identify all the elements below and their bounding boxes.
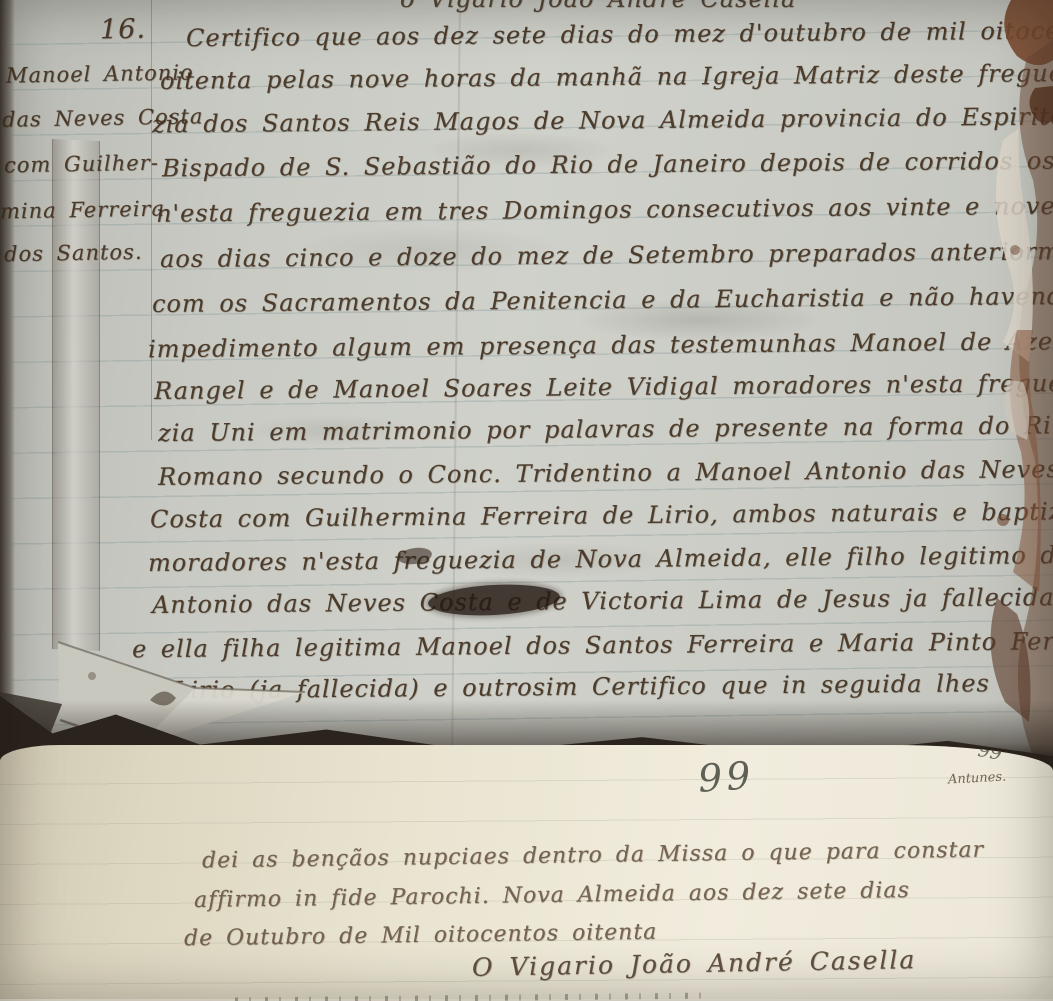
record-line: zia dos Santos Reis Magos de Nova Almeid…	[152, 102, 1053, 139]
fold-word-fragment: um	[122, 702, 151, 722]
record-line: impedimento algum em presença das testem…	[148, 327, 1053, 363]
record-line: oitenta pelas nove horas da manhã na Igr…	[160, 59, 1053, 95]
bottom-record-page: 99 99 Antunes. dei as bençãos nupciaes d…	[0, 745, 1053, 1001]
corner-name: Antunes.	[948, 769, 1007, 787]
record-line: aos dias cinco e doze do mez de Setembro…	[160, 237, 1053, 273]
margin-name-line: dos Santos.	[4, 240, 143, 266]
record-line: Bispado de S. Sebastião do Rio de Janeir…	[162, 146, 1053, 183]
photographed-record: o Vigario João André Casella 16. Manoel …	[0, 0, 1053, 1001]
record-line: Certifico que aos dez sete dias do mez d…	[186, 16, 1053, 52]
record-line: n'esta freguezia em tres Domingos consec…	[156, 190, 1053, 227]
record-line: Costa com Guilhermina Ferreira de Lirio,…	[150, 497, 1053, 534]
record-line: e ella filha legitima Manoel dos Santos …	[132, 627, 1053, 664]
record-line: Rangel e de Manoel Soares Leite Vidigal …	[154, 369, 1053, 405]
record-line: zia Uni em matrimonio por palavras de pr…	[158, 411, 1053, 447]
page-number: 99	[697, 753, 756, 801]
record-line: Antonio das Neves Costa e de Victoria Li…	[152, 583, 1053, 619]
record-line: de Lirio (ja fallecida) e outrosim Certi…	[128, 669, 990, 705]
clipped-previous-signature: o Vigario João André Casella	[400, 0, 796, 13]
margin-entry-number: 16.	[100, 14, 146, 46]
record-line: moradores n'esta freguezia de Nova Almei…	[148, 541, 1053, 577]
record-line: Romano secundo o Conc. Tridentino a Mano…	[158, 455, 1053, 491]
margin-name-line: mina Ferreira	[0, 197, 165, 224]
record-line: com os Sacramentos da Penitencia e da Eu…	[152, 282, 1053, 318]
margin-name-line: com Guilher-	[4, 151, 159, 178]
top-record-page: o Vigario João André Casella 16. Manoel …	[0, 0, 1053, 756]
